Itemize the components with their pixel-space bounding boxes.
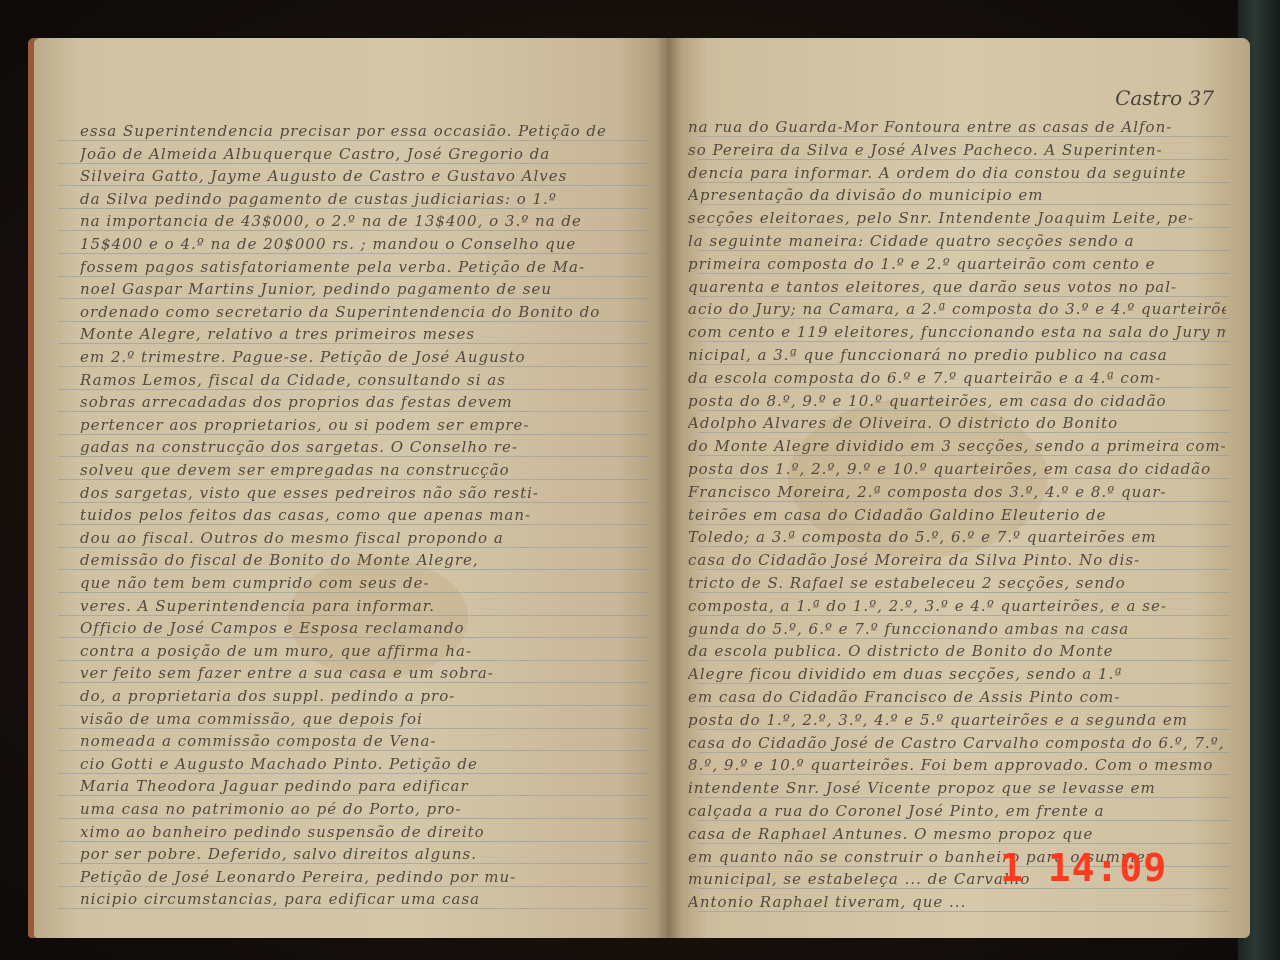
ruled-line xyxy=(58,682,648,683)
handwritten-line: casa do Cidadão José Moreira da Silva Pi… xyxy=(688,551,1226,569)
handwritten-line: gunda do 5.º, 6.º e 7.º funccionando amb… xyxy=(688,620,1226,638)
handwritten-line: João de Almeida Albuquerque Castro, José… xyxy=(80,145,644,163)
handwritten-line: Toledo; a 3.ª composta do 5.º, 6.º e 7.º… xyxy=(688,528,1226,546)
handwritten-line: uma casa no patrimonio ao pé do Porto, p… xyxy=(80,800,644,818)
ruled-line xyxy=(58,276,648,277)
handwritten-line: Silveira Gatto, Jayme Augusto de Castro … xyxy=(80,167,644,185)
ruled-line xyxy=(58,321,648,322)
handwritten-line: nicipal, a 3.ª que funccionará no predio… xyxy=(688,346,1226,364)
handwritten-line: Ramos Lemos, fiscal da Cidade, consultan… xyxy=(80,371,644,389)
handwritten-line: posta do 1.º, 2.º, 3.º, 4.º e 5.º quarte… xyxy=(688,711,1226,729)
handwritten-line: ver feito sem fazer entre a sua casa e u… xyxy=(80,664,644,682)
ruled-line xyxy=(58,569,648,570)
left-page: essa Superintendencia precisar por essa … xyxy=(28,38,668,938)
handwritten-line: fossem pagos satisfatoriamente pela verb… xyxy=(80,258,644,276)
ruled-line xyxy=(698,250,1230,251)
handwritten-line: Monte Alegre, relativo a tres primeiros … xyxy=(80,325,644,343)
ruled-line xyxy=(58,886,648,887)
ruled-line xyxy=(58,637,648,638)
handwritten-line: primeira composta do 1.º e 2.º quarteirã… xyxy=(688,255,1226,273)
ruled-line xyxy=(58,795,648,796)
handwritten-line: calçada a rua do Coronel José Pinto, em … xyxy=(688,802,1226,820)
ruled-line xyxy=(58,456,648,457)
ruled-line xyxy=(698,296,1230,297)
handwritten-line: solveu que devem ser empregadas na const… xyxy=(80,461,644,479)
ruled-line xyxy=(698,159,1230,160)
ruled-line xyxy=(698,774,1230,775)
handwritten-line: da escola composta do 6.º e 7.º quarteir… xyxy=(688,369,1226,387)
handwritten-line: so Pereira da Silva e José Alves Pacheco… xyxy=(688,141,1226,159)
ruled-line xyxy=(698,592,1230,593)
ruled-line xyxy=(58,841,648,842)
handwritten-line: demissão do fiscal de Bonito do Monte Al… xyxy=(80,551,644,569)
handwritten-line: ordenado como secretario da Superintende… xyxy=(80,303,644,321)
ruled-line xyxy=(58,502,648,503)
ruled-line xyxy=(58,908,648,909)
handwritten-line: Antonio Raphael tiveram, que ... xyxy=(688,893,1226,911)
handwritten-line: na importancia de 43$000, o 2.º na de 13… xyxy=(80,212,644,230)
ruled-line xyxy=(58,208,648,209)
ruled-line xyxy=(698,455,1230,456)
handwritten-line: Francisco Moreira, 2.ª composta dos 3.º,… xyxy=(688,483,1226,501)
ruled-line xyxy=(58,253,648,254)
handwritten-line: da Silva pedindo pagamento de custas jud… xyxy=(80,190,644,208)
ruled-line xyxy=(698,683,1230,684)
handwritten-line: Maria Theodora Jaguar pedindo para edifi… xyxy=(80,777,644,795)
ruled-line xyxy=(58,592,648,593)
handwritten-line: Officio de José Campos e Esposa reclaman… xyxy=(80,619,644,637)
ruled-line xyxy=(58,411,648,412)
handwritten-line: noel Gaspar Martins Junior, pedindo paga… xyxy=(80,280,644,298)
ruled-line xyxy=(698,318,1230,319)
handwritten-line: veres. A Superintendencia para informar. xyxy=(80,597,644,615)
handwritten-line: da escola publica. O districto de Bonito… xyxy=(688,642,1226,660)
timestamp-overlay: 1 14:09 xyxy=(1000,846,1167,890)
handwritten-line: composta, a 1.ª do 1.º, 2.º, 3.º e 4.º q… xyxy=(688,597,1226,615)
ruled-line xyxy=(698,660,1230,661)
handwritten-line: secções eleitoraes, pelo Snr. Intendente… xyxy=(688,209,1226,227)
handwritten-line: contra a posição de um muro, que affirma… xyxy=(80,642,644,660)
handwritten-line: dencia para informar. A ordem do dia con… xyxy=(688,164,1226,182)
handwritten-line: do Monte Alegre dividido em 3 secções, s… xyxy=(688,437,1226,455)
ruled-line xyxy=(698,341,1230,342)
ruled-line xyxy=(58,615,648,616)
handwritten-line: 15$400 e o 4.º na de 20$000 rs. ; mandou… xyxy=(80,235,644,253)
ruled-line xyxy=(58,140,648,141)
ruled-line xyxy=(698,432,1230,433)
handwritten-line: ximo ao banheiro pedindo suspensão de di… xyxy=(80,823,644,841)
ruled-line xyxy=(698,273,1230,274)
ruled-line xyxy=(58,343,648,344)
ruled-line xyxy=(698,182,1230,183)
handwritten-line: 8.º, 9.º e 10.º quarteirões. Foi bem app… xyxy=(688,756,1226,774)
handwritten-line: intendente Snr. José Vicente propoz que … xyxy=(688,779,1226,797)
handwritten-line: que não tem bem cumprido com seus de- xyxy=(80,574,644,592)
handwritten-line: Alegre ficou dividido em duas secções, s… xyxy=(688,665,1226,683)
handwritten-line: por ser pobre. Deferido, salvo direitos … xyxy=(80,845,644,863)
ruled-line xyxy=(698,136,1230,137)
ruled-line xyxy=(698,797,1230,798)
ruled-line xyxy=(58,863,648,864)
ruled-line xyxy=(58,547,648,548)
ruled-line xyxy=(58,366,648,367)
ruled-line xyxy=(698,729,1230,730)
ruled-line xyxy=(58,524,648,525)
handwritten-line: Adolpho Alvares de Oliveira. O districto… xyxy=(688,414,1226,432)
handwritten-line: do, a proprietaria dos suppl. pedindo a … xyxy=(80,687,644,705)
ruled-line xyxy=(698,204,1230,205)
handwritten-line: sobras arrecadadas dos proprios das fest… xyxy=(80,393,644,411)
handwritten-line: dou ao fiscal. Outros do mesmo fiscal pr… xyxy=(80,529,644,547)
handwritten-line: essa Superintendencia precisar por essa … xyxy=(80,122,644,140)
ruled-line xyxy=(698,638,1230,639)
handwritten-line: em casa do Cidadão Francisco de Assis Pi… xyxy=(688,688,1226,706)
handwritten-line: quarenta e tantos eleitores, que darão s… xyxy=(688,278,1226,296)
ruled-line xyxy=(58,705,648,706)
handwritten-line: posta dos 1.º, 2.º, 9.º e 10.º quarteirõ… xyxy=(688,460,1226,478)
ruled-line xyxy=(698,706,1230,707)
handwritten-line: com cento e 119 eleitores, funccionando … xyxy=(688,323,1226,341)
ruled-line xyxy=(698,546,1230,547)
handwritten-line: Apresentação da divisão do municipio em xyxy=(688,186,1226,204)
ruled-line xyxy=(58,389,648,390)
handwritten-line: dos sargetas, visto que esses pedreiros … xyxy=(80,484,644,502)
ruled-line xyxy=(58,818,648,819)
handwritten-line: teirões em casa do Cidadão Galdino Eleut… xyxy=(688,506,1226,524)
ruled-line xyxy=(698,752,1230,753)
ruled-line xyxy=(58,773,648,774)
handwritten-line: casa de Raphael Antunes. O mesmo propoz … xyxy=(688,825,1226,843)
ruled-line xyxy=(58,230,648,231)
ruled-line xyxy=(698,364,1230,365)
ruled-line xyxy=(58,660,648,661)
handwritten-line: gadas na construcção dos sargetas. O Con… xyxy=(80,438,644,456)
ruled-line xyxy=(58,479,648,480)
ruled-line xyxy=(698,524,1230,525)
ruled-line xyxy=(698,615,1230,616)
ruled-line xyxy=(698,820,1230,821)
ruled-line xyxy=(58,185,648,186)
handwritten-line: posta do 8.º, 9.º e 10.º quarteirões, em… xyxy=(688,392,1226,410)
handwritten-line: tricto de S. Rafael se estabeleceu 2 sec… xyxy=(688,574,1226,592)
page-header: Castro 37 xyxy=(1115,86,1214,110)
handwritten-line: cio Gotti e Augusto Machado Pinto. Petiç… xyxy=(80,755,644,773)
ruled-line xyxy=(698,501,1230,502)
ruled-line xyxy=(698,478,1230,479)
handwritten-line: nomeada a commissão composta de Vena- xyxy=(80,732,644,750)
handwritten-line: nicipio circumstancias, para edificar um… xyxy=(80,890,644,908)
ruled-line xyxy=(698,387,1230,388)
handwritten-line: casa do Cidadão José de Castro Carvalho … xyxy=(688,734,1226,752)
ruled-line xyxy=(698,569,1230,570)
ruled-line xyxy=(698,911,1230,912)
ledger-book: essa Superintendencia precisar por essa … xyxy=(28,38,1250,938)
handwritten-line: na rua do Guarda-Mor Fontoura entre as c… xyxy=(688,118,1226,136)
right-page: Castro 37 na rua do Guarda-Mor Fontoura … xyxy=(668,38,1250,938)
handwritten-line: Petição de José Leonardo Pereira, pedind… xyxy=(80,868,644,886)
ruled-line xyxy=(58,163,648,164)
ruled-line xyxy=(698,227,1230,228)
handwritten-line: acio do Jury; na Camara, a 2.ª composta … xyxy=(688,300,1226,318)
ruled-line xyxy=(698,843,1230,844)
handwritten-line: em 2.º trimestre. Pague-se. Petição de J… xyxy=(80,348,644,366)
handwritten-line: la seguinte maneira: Cidade quatro secçõ… xyxy=(688,232,1226,250)
handwritten-line: visão de uma commissão, que depois foi xyxy=(80,710,644,728)
ruled-line xyxy=(58,298,648,299)
ruled-line xyxy=(58,750,648,751)
ruled-line xyxy=(698,410,1230,411)
ruled-line xyxy=(58,434,648,435)
ruled-line xyxy=(58,728,648,729)
book-gutter xyxy=(656,38,682,938)
handwritten-line: pertencer aos proprietarios, ou si podem… xyxy=(80,416,644,434)
handwritten-line: tuidos pelos feitos das casas, como que … xyxy=(80,506,644,524)
